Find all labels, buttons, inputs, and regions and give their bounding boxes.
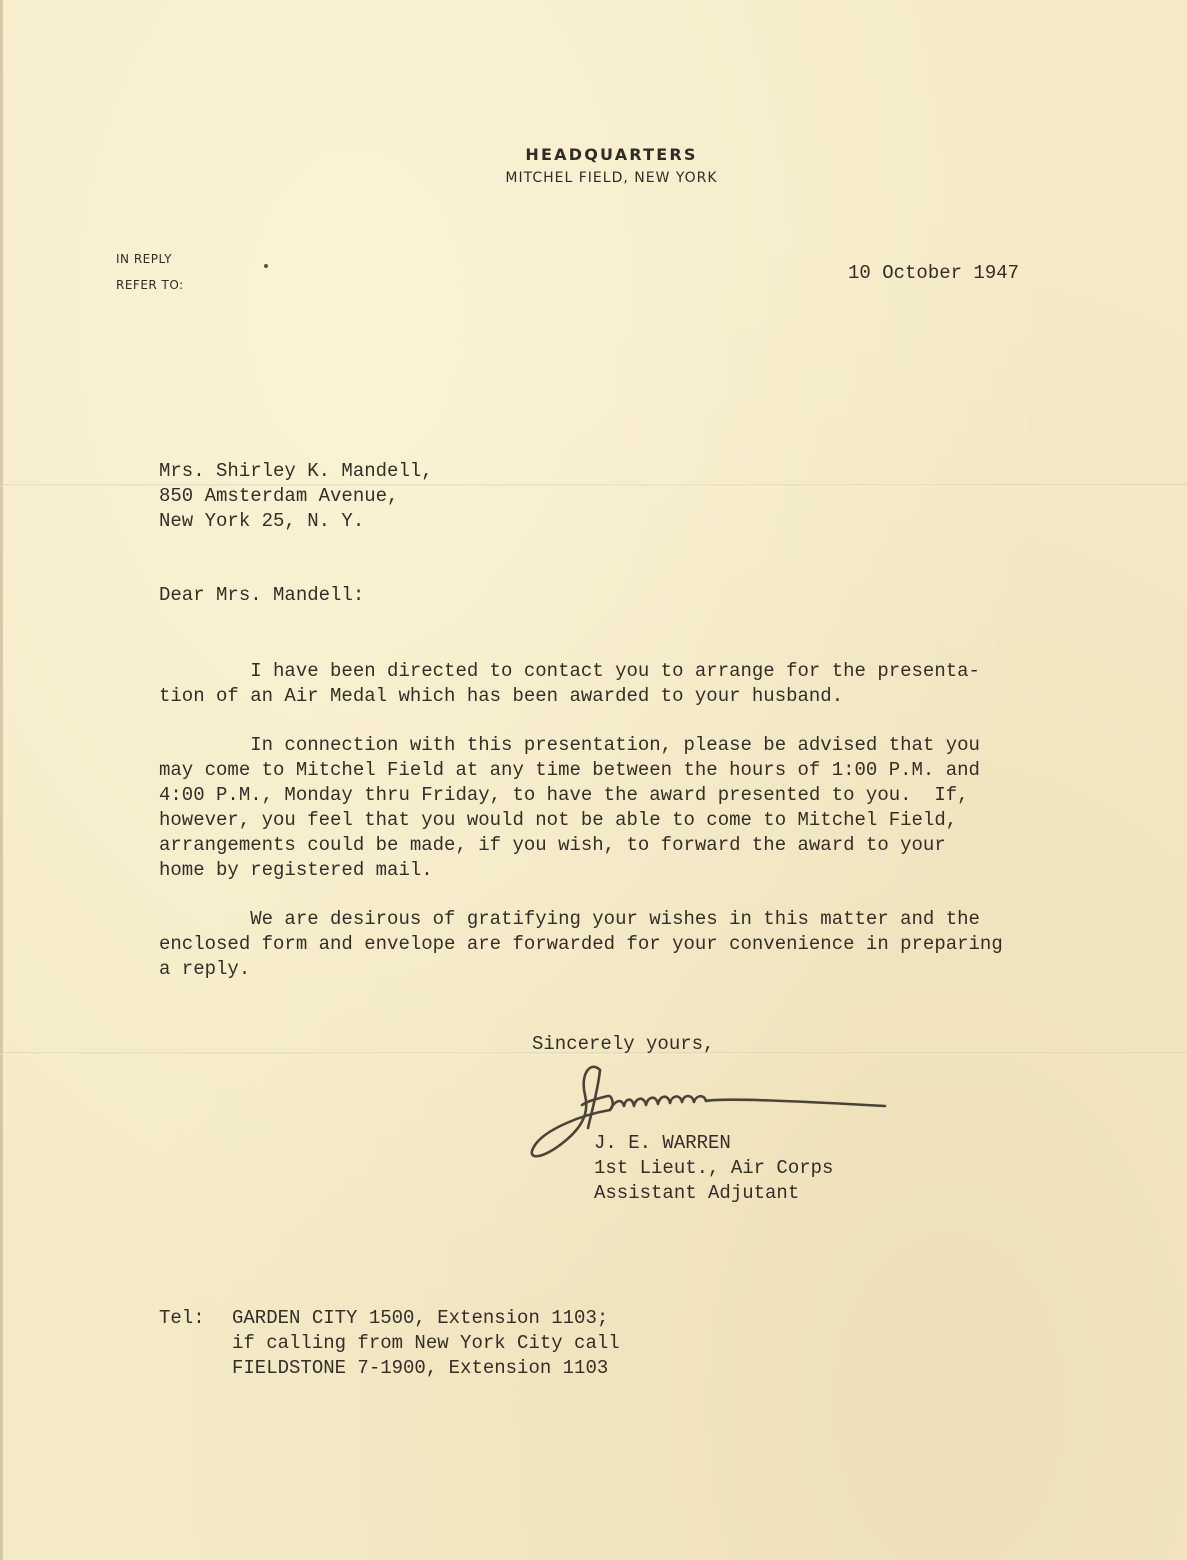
ink-speck bbox=[264, 264, 268, 268]
body-paragraph-2: In connection with this presentation, pl… bbox=[159, 733, 980, 883]
letter-date: 10 October 1947 bbox=[848, 261, 1019, 286]
signer-name: J. E. WARREN bbox=[594, 1132, 731, 1154]
recipient-city: New York 25, N. Y. bbox=[159, 510, 364, 532]
letterhead-location: MITCHEL FIELD, NEW YORK bbox=[18, 170, 1187, 186]
signer-rank: 1st Lieut., Air Corps bbox=[594, 1157, 833, 1179]
reply-label-line2: REFER TO: bbox=[116, 278, 184, 292]
letterhead-title: HEADQUARTERS bbox=[18, 145, 1187, 164]
reply-label-line1: IN REPLY bbox=[116, 252, 172, 266]
signer-title: Assistant Adjutant bbox=[594, 1182, 799, 1204]
telephone-info: GARDEN CITY 1500, Extension 1103; if cal… bbox=[232, 1306, 620, 1381]
recipient-name: Mrs. Shirley K. Mandell, bbox=[159, 460, 433, 482]
telephone-label: Tel: bbox=[159, 1306, 205, 1331]
body-paragraph-1: I have been directed to contact you to a… bbox=[159, 659, 980, 709]
body-paragraph-3: We are desirous of gratifying your wishe… bbox=[159, 907, 1003, 982]
paper-edge bbox=[0, 0, 3, 1560]
salutation: Dear Mrs. Mandell: bbox=[159, 583, 364, 608]
recipient-street: 850 Amsterdam Avenue, bbox=[159, 485, 398, 507]
signature-block: J. E. WARREN 1st Lieut., Air Corps Assis… bbox=[594, 1131, 833, 1206]
recipient-address: Mrs. Shirley K. Mandell, 850 Amsterdam A… bbox=[159, 459, 433, 534]
